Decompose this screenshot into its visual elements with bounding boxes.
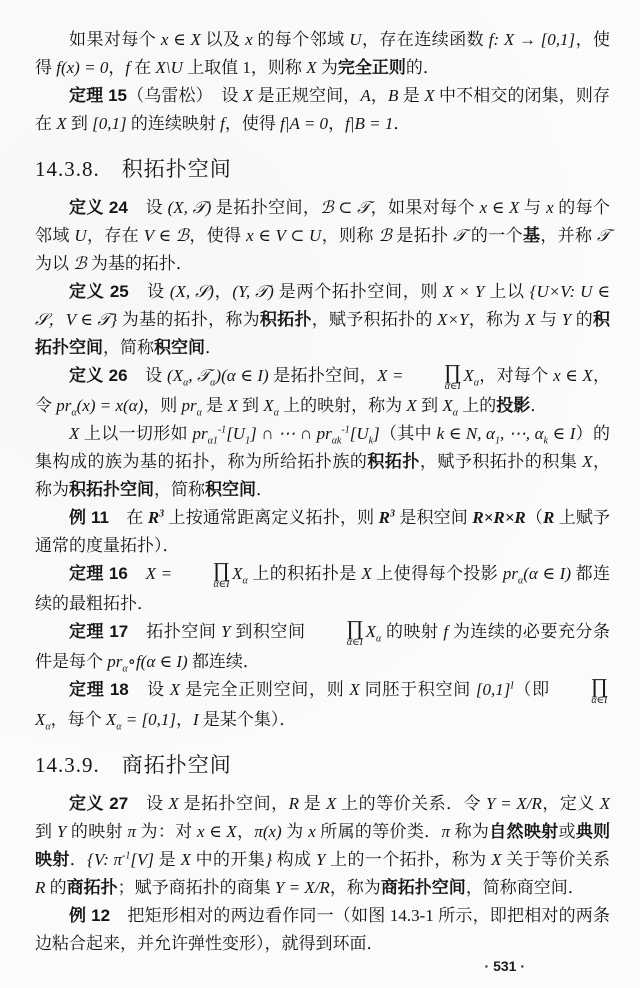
- text-run: 到: [67, 114, 93, 133]
- math-run: Xα: [35, 710, 51, 729]
- text-run: 上使得每个投影: [372, 564, 503, 583]
- text-run: ，存在: [87, 226, 144, 245]
- bold-term: 积拓扑: [367, 452, 420, 471]
- text-run: 上的: [458, 396, 496, 415]
- text-run: 到: [35, 822, 57, 841]
- text-run: 或: [558, 822, 575, 841]
- text-run: ．: [205, 338, 222, 357]
- bold-term: 积拓扑空间: [69, 480, 154, 499]
- math-run: R3: [148, 508, 164, 527]
- text-run: ．: [256, 480, 273, 499]
- paragraph-product-base: X 上以一切形如 prα1-1[U1] ∩ ⋯ ∩ prαk-1[Uk]（其中 …: [35, 420, 610, 504]
- product-symbol: ∏α∈I: [312, 618, 363, 648]
- math-run: X: [170, 680, 180, 699]
- text-run: 上以一切形如: [79, 424, 192, 443]
- text-run: ，则称: [321, 226, 378, 245]
- text-run: 关于等价关系: [502, 850, 611, 869]
- math-run: X\U: [156, 58, 183, 77]
- math-run: X: [69, 424, 79, 443]
- math-run: f|B = 1: [345, 114, 393, 133]
- math-run: X: [525, 310, 535, 329]
- math-run: (α ∈ I): [523, 564, 571, 583]
- page-number: · 531 ·: [35, 958, 610, 974]
- text-run: ，对每个: [479, 366, 553, 385]
- text-run: 是两个拓扑空间，则: [274, 282, 443, 301]
- definition-24: 定义 24 设 (X, 𝒯) 是拓扑空间，ℬ ⊂ 𝒯，如果对每个 x ∈ X 与…: [35, 194, 610, 278]
- math-run: (x) = x(α): [77, 396, 144, 415]
- bold-term: 定理 18: [69, 680, 129, 699]
- text-run: 是拓扑空间，: [269, 366, 377, 385]
- text-run: ，: [108, 58, 125, 77]
- math-run: X: [181, 850, 191, 869]
- math-run: π: [127, 822, 136, 841]
- bold-term: 例 12: [69, 906, 110, 925]
- text-run: 如果对每个: [69, 30, 161, 49]
- text-run: 的每个邻域: [253, 30, 350, 49]
- text-run: 同胚于积空间: [360, 680, 476, 699]
- text-run: ，赋予积拓扑的: [312, 310, 437, 329]
- bold-term: 定义 27: [69, 794, 128, 813]
- text-run: 是某个集）．: [199, 710, 297, 729]
- text-run: 14.3.9. 商拓扑空间: [35, 753, 232, 777]
- text-run: 是: [299, 794, 326, 813]
- text-run: ．: [393, 114, 410, 133]
- text-run: ，简称: [103, 338, 154, 357]
- text-run: [128, 564, 146, 583]
- math-run: = [0,1]: [122, 710, 176, 729]
- math-run: prα: [503, 564, 523, 583]
- math-run: Y: [57, 822, 66, 841]
- text-run: ，: [214, 282, 232, 301]
- text-run: 的映射: [381, 622, 443, 641]
- math-run: (Xα: [167, 366, 188, 385]
- math-run: π(x): [254, 822, 281, 841]
- math-run: Xα: [263, 396, 279, 415]
- math-run: (Y, 𝒯): [232, 282, 273, 301]
- text-run: 上按通常距离定义拓扑，则: [164, 508, 378, 527]
- bold-term: 定理 16: [69, 564, 128, 583]
- math-run: (X, 𝒮): [170, 282, 214, 301]
- math-run: A: [360, 86, 370, 105]
- math-run: f|A = 0: [280, 114, 328, 133]
- text-run: 拓扑空间: [128, 622, 221, 641]
- text-run: ，使得: [189, 226, 246, 245]
- text-run: ，简称: [154, 480, 205, 499]
- text-run: 都连续．: [188, 652, 260, 671]
- text-run: 设: [129, 282, 170, 301]
- text-run: ，: [371, 86, 388, 105]
- math-run: U: [74, 226, 86, 245]
- theorem-16: 定理 16 X = ∏α∈IXα 上的积拓扑是 X 上使得每个投影 prα(α …: [35, 560, 610, 618]
- text-run: 在: [109, 508, 148, 527]
- text-run: 设: [128, 198, 168, 217]
- text-run: ，每个: [51, 710, 106, 729]
- math-run: X: [306, 58, 316, 77]
- math-run: Xα: [106, 710, 122, 729]
- section-heading-14-3-8: 14.3.8. 积拓扑空间: [35, 154, 610, 184]
- math-run: B: [388, 86, 398, 105]
- text-run: ，称为: [468, 310, 525, 329]
- math-run: X × Y: [443, 282, 484, 301]
- text-run: 设: [128, 794, 168, 813]
- math-run: prαk-1: [317, 424, 350, 443]
- bold-term: 定义 26: [69, 366, 128, 385]
- text-run: 上以: [484, 282, 529, 301]
- text-run: 为基的拓扑，称为: [117, 310, 260, 329]
- math-run: X =: [146, 564, 177, 583]
- bold-term: 积拓扑: [260, 310, 312, 329]
- math-run: (X, 𝒯): [168, 198, 212, 217]
- math-run: x ∈ X: [161, 30, 201, 49]
- math-run: X: [361, 564, 371, 583]
- text-run: 上取值 1，则称: [183, 58, 306, 77]
- text-run: 是积空间: [395, 508, 472, 527]
- text-run: 中的开集: [191, 850, 265, 869]
- text-run: 到: [238, 396, 264, 415]
- paragraph-completely-regular: 如果对每个 x ∈ X 以及 x 的每个邻域 U，存在连续函数 f: X → […: [35, 26, 610, 82]
- math-run: Y: [562, 310, 571, 329]
- example-11: 例 11 在 R3 上按通常距离定义拓扑，则 R3 是积空间 R×R×R（R 上…: [35, 504, 610, 560]
- math-run: X: [227, 396, 237, 415]
- math-run: X: [424, 86, 434, 105]
- text-run: 是: [398, 86, 424, 105]
- math-run: x ∈ V ⊂ U: [246, 226, 321, 245]
- text-run: 的一个: [466, 226, 523, 245]
- math-run: ℬ: [73, 254, 86, 273]
- text-run: 是拓扑空间，: [211, 198, 320, 217]
- theorem-17: 定理 17 拓扑空间 Y 到积空间 ∏α∈IXα 的映射 f 为连续的必要充分条…: [35, 618, 610, 676]
- text-run: ．: [70, 850, 87, 869]
- math-run: Y = X/R: [486, 794, 542, 813]
- math-run: [Uk: [350, 424, 373, 443]
- math-run: prα: [56, 396, 76, 415]
- text-run: 的: [571, 310, 593, 329]
- text-run: 设: [128, 366, 167, 385]
- text-run: 是完全正则空间，则: [180, 680, 349, 699]
- text-run: 为：对: [136, 822, 197, 841]
- text-run: 为: [317, 58, 338, 77]
- math-run: k ∈ N, α1: [437, 424, 500, 443]
- math-run: X: [600, 794, 610, 813]
- math-run: X: [582, 452, 592, 471]
- theorem-15: 定理 15（乌雷松） 设 X 是正规空间，A，B 是 X 中不相交的闭集，则存在…: [35, 82, 610, 138]
- math-run: )(α ∈ I): [215, 366, 268, 385]
- text-run: ．: [530, 396, 547, 415]
- text-run: （: [526, 508, 543, 527]
- text-run: 到积空间: [231, 622, 311, 641]
- text-run: ，赋予积拓扑的积集: [420, 452, 582, 471]
- math-run: R: [289, 794, 299, 813]
- math-run: Xα: [442, 396, 458, 415]
- text-run: （乌雷松） 设: [127, 86, 243, 105]
- text-run: 上的积拓扑是: [248, 564, 362, 583]
- math-run: x: [546, 198, 554, 217]
- text-run: ；赋予商拓扑的商集: [118, 878, 275, 897]
- text-run: ，如果对每个: [370, 198, 479, 217]
- text-run: 是: [154, 850, 181, 869]
- math-run: ℬ ⊂ 𝒯: [320, 198, 370, 217]
- math-run: X =: [377, 366, 408, 385]
- math-run: X: [243, 86, 253, 105]
- math-run: Y: [221, 622, 230, 641]
- text-run: （其中: [380, 424, 437, 443]
- text-run: ，称为: [330, 878, 381, 897]
- math-run: prα: [182, 396, 202, 415]
- math-run: [0,1]: [92, 114, 126, 133]
- text-run: 是拓扑: [392, 226, 453, 245]
- text-run: 上的一个拓扑，称为: [325, 850, 491, 869]
- math-run: [0,1]I: [476, 680, 514, 699]
- text-run: 的．: [406, 58, 440, 77]
- math-run: Xα: [366, 622, 382, 641]
- text-run: 与: [519, 198, 546, 217]
- math-run: x ∈ X: [197, 822, 237, 841]
- text-run: 所属的等价类．: [316, 822, 442, 841]
- text-run: ，使得: [225, 114, 280, 133]
- math-run: x ∈ X: [553, 366, 593, 385]
- text-run: 的映射: [66, 822, 127, 841]
- math-run: }: [265, 850, 272, 869]
- bold-term: 定理 17: [69, 622, 128, 641]
- text-run: ，并称: [540, 226, 597, 245]
- math-run: ]: [373, 424, 380, 443]
- text-run: 构成: [272, 850, 316, 869]
- scanned-book-page: 如果对每个 x ∈ X 以及 x 的每个邻域 U，存在连续函数 f: X → […: [0, 0, 640, 988]
- text-run: ，: [328, 114, 345, 133]
- definition-25: 定义 25 设 (X, 𝒮)，(Y, 𝒯) 是两个拓扑空间，则 X × Y 上以…: [35, 278, 610, 362]
- bold-term: 例 11: [69, 508, 109, 527]
- math-run: [U1: [226, 424, 250, 443]
- theorem-18: 定理 18 设 X 是完全正则空间，则 X 同胚于积空间 [0,1]I（即 ∏α…: [35, 676, 610, 734]
- text-run: 为以: [35, 254, 73, 273]
- math-run: V ∈ ℬ: [144, 226, 189, 245]
- math-run: X: [491, 850, 501, 869]
- text-run: ，存在连续函数: [362, 30, 489, 49]
- math-run: Xα: [232, 564, 248, 583]
- bold-term: 商拓扑空间: [381, 878, 466, 897]
- bold-term: 基: [523, 226, 540, 245]
- math-run: ℬ: [378, 226, 391, 245]
- math-run: X: [326, 794, 336, 813]
- text-run: 到: [417, 396, 443, 415]
- math-run: R: [543, 508, 554, 527]
- product-symbol: ∏α∈I: [410, 362, 461, 392]
- bold-term: 积空间: [205, 480, 256, 499]
- math-run: 𝒯: [453, 226, 466, 245]
- math-run: X: [168, 794, 178, 813]
- bold-term: 定义 25: [69, 282, 129, 301]
- text-run: ，则: [143, 396, 181, 415]
- math-run: ] ∩ ⋯ ∩: [250, 424, 316, 443]
- text-run: 把矩形相对的两边看作同一（如图 14.3-1 所示，即把相对的两条边粘合起来，并…: [35, 906, 610, 953]
- example-12: 例 12 把矩形相对的两边看作同一（如图 14.3-1 所示，即把相对的两条边粘…: [35, 902, 610, 958]
- product-symbol: ∏α∈I: [179, 560, 230, 590]
- math-run: X×Y: [437, 310, 468, 329]
- bold-term: 完全正则: [338, 58, 406, 77]
- text-run: 以及: [201, 30, 245, 49]
- math-run: R3: [379, 508, 395, 527]
- text-run: 设: [129, 680, 170, 699]
- page-body-text: 如果对每个 x ∈ X 以及 x 的每个邻域 U，存在连续函数 f: X → […: [35, 26, 610, 958]
- math-run: U: [349, 30, 361, 49]
- math-run: x ∈ X: [480, 198, 520, 217]
- text-run: ，: [176, 710, 193, 729]
- math-run: {V: π-1: [87, 850, 130, 869]
- bold-term: 定义 24: [69, 198, 128, 217]
- bold-term: 积空间: [154, 338, 205, 357]
- product-symbol: ∏α∈I: [557, 676, 608, 706]
- text-run: 是正规空间，: [253, 86, 360, 105]
- text-run: 称为: [450, 822, 489, 841]
- bold-term: 自然映射: [489, 822, 558, 841]
- text-run: 上的映射，称为: [279, 396, 407, 415]
- text-run: 在: [130, 58, 156, 77]
- math-run: X: [349, 680, 359, 699]
- math-run: π: [441, 822, 450, 841]
- text-run: 是拓扑空间，: [179, 794, 289, 813]
- math-run: X: [406, 396, 416, 415]
- text-run: ，定义: [542, 794, 600, 813]
- math-run: , ⋯, αk: [500, 424, 548, 443]
- text-run: ，简称商空间．: [466, 878, 585, 897]
- math-run: [V]: [130, 850, 154, 869]
- bold-term: 商拓扑: [67, 878, 118, 897]
- text-run: 上的等价关系．令: [336, 794, 486, 813]
- math-run: Xα: [463, 366, 479, 385]
- section-heading-14-3-9: 14.3.9. 商拓扑空间: [35, 750, 610, 780]
- math-run: prα1-1: [192, 424, 226, 443]
- math-run: x: [308, 822, 316, 841]
- math-run: prα: [107, 652, 127, 671]
- text-run: （即: [514, 680, 555, 699]
- text-run: 的连续映射: [127, 114, 221, 133]
- bold-term: 定理 15: [69, 86, 127, 105]
- text-run: ，: [237, 822, 255, 841]
- text-run: 是: [202, 396, 228, 415]
- text-run: 为基的拓扑．: [87, 254, 193, 273]
- math-run: , 𝒯α: [188, 366, 215, 385]
- math-run: X: [56, 114, 66, 133]
- text-run: 的: [45, 878, 66, 897]
- math-run: ∈ I: [548, 424, 575, 443]
- math-run: R×R×R: [472, 508, 525, 527]
- math-run: ∘f(α ∈ I): [128, 652, 188, 671]
- math-run: f: X → [0,1]: [489, 30, 575, 49]
- bold-term: 投影: [496, 396, 530, 415]
- definition-27: 定义 27 设 X 是拓扑空间，R 是 X 上的等价关系．令 Y = X/R，定…: [35, 790, 610, 902]
- math-run: R: [35, 878, 45, 897]
- definition-26: 定义 26 设 (Xα, 𝒯α)(α ∈ I) 是拓扑空间，X = ∏α∈IXα…: [35, 362, 610, 420]
- math-run: x: [245, 30, 253, 49]
- text-run: 14.3.8. 积拓扑空间: [35, 157, 232, 181]
- math-run: f(x) = 0: [56, 58, 108, 77]
- text-run: 为: [282, 822, 308, 841]
- math-run: 𝒯: [597, 226, 610, 245]
- text-run: 与: [535, 310, 561, 329]
- math-run: Y = X/R: [275, 878, 330, 897]
